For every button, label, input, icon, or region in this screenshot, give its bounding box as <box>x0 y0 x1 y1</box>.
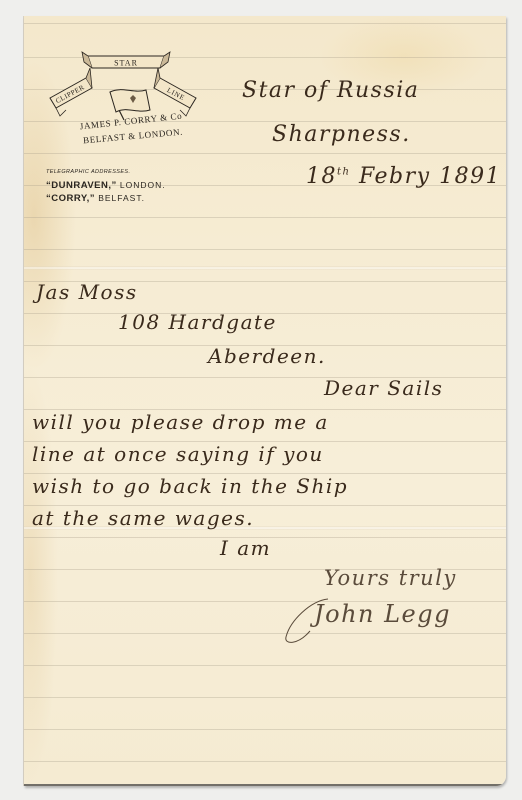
paper-fold-upper <box>24 266 506 270</box>
telegraphic-line-london: “DUNRAVEN,” LONDON. <box>46 179 166 192</box>
salutation: Dear Sails <box>324 376 443 400</box>
date-month: Febry <box>359 164 431 189</box>
letter-date: 18th Febry 1891 <box>306 164 501 189</box>
place-name: Sharpness. <box>272 122 411 147</box>
telegraphic-city: LONDON. <box>120 180 166 190</box>
ship-name: Star of Russia <box>242 78 419 103</box>
date-suffix: th <box>337 167 350 178</box>
telegraphic-code: “DUNRAVEN,” <box>46 180 117 191</box>
date-day: 18 <box>306 164 337 189</box>
letterhead: STAR CLIPPER LINE JAMES P. CORRY & Co BE… <box>46 46 206 146</box>
scan-background: STAR CLIPPER LINE JAMES P. CORRY & Co BE… <box>0 0 522 800</box>
recipient-street: 108 Hardgate <box>118 310 277 334</box>
signature: John Legg <box>314 600 451 628</box>
recipient-city: Aberdeen. <box>208 344 326 368</box>
date-year: 1891 <box>439 164 501 189</box>
recipient-name: Jas Moss <box>36 280 138 304</box>
telegraphic-addresses: TELEGRAPHIC ADDRESSES. “DUNRAVEN,” LONDO… <box>46 169 166 205</box>
svg-text:STAR: STAR <box>114 59 138 68</box>
telegraphic-code: “CORRY,” <box>46 193 95 204</box>
telegraphic-heading: TELEGRAPHIC ADDRESSES. <box>46 169 166 175</box>
letter-sheet: STAR CLIPPER LINE JAMES P. CORRY & Co BE… <box>24 16 506 786</box>
telegraphic-city: BELFAST. <box>98 193 145 203</box>
closing-i-am: I am <box>220 536 271 560</box>
body-line: will you please drop me a <box>32 410 329 434</box>
body-line: line at once saying if you <box>32 442 324 466</box>
valediction: Yours truly <box>324 566 457 590</box>
telegraphic-line-belfast: “CORRY,” BELFAST. <box>46 192 166 205</box>
body-line: at the same wages. <box>32 506 254 530</box>
body-line: wish to go back in the Ship <box>32 474 348 498</box>
